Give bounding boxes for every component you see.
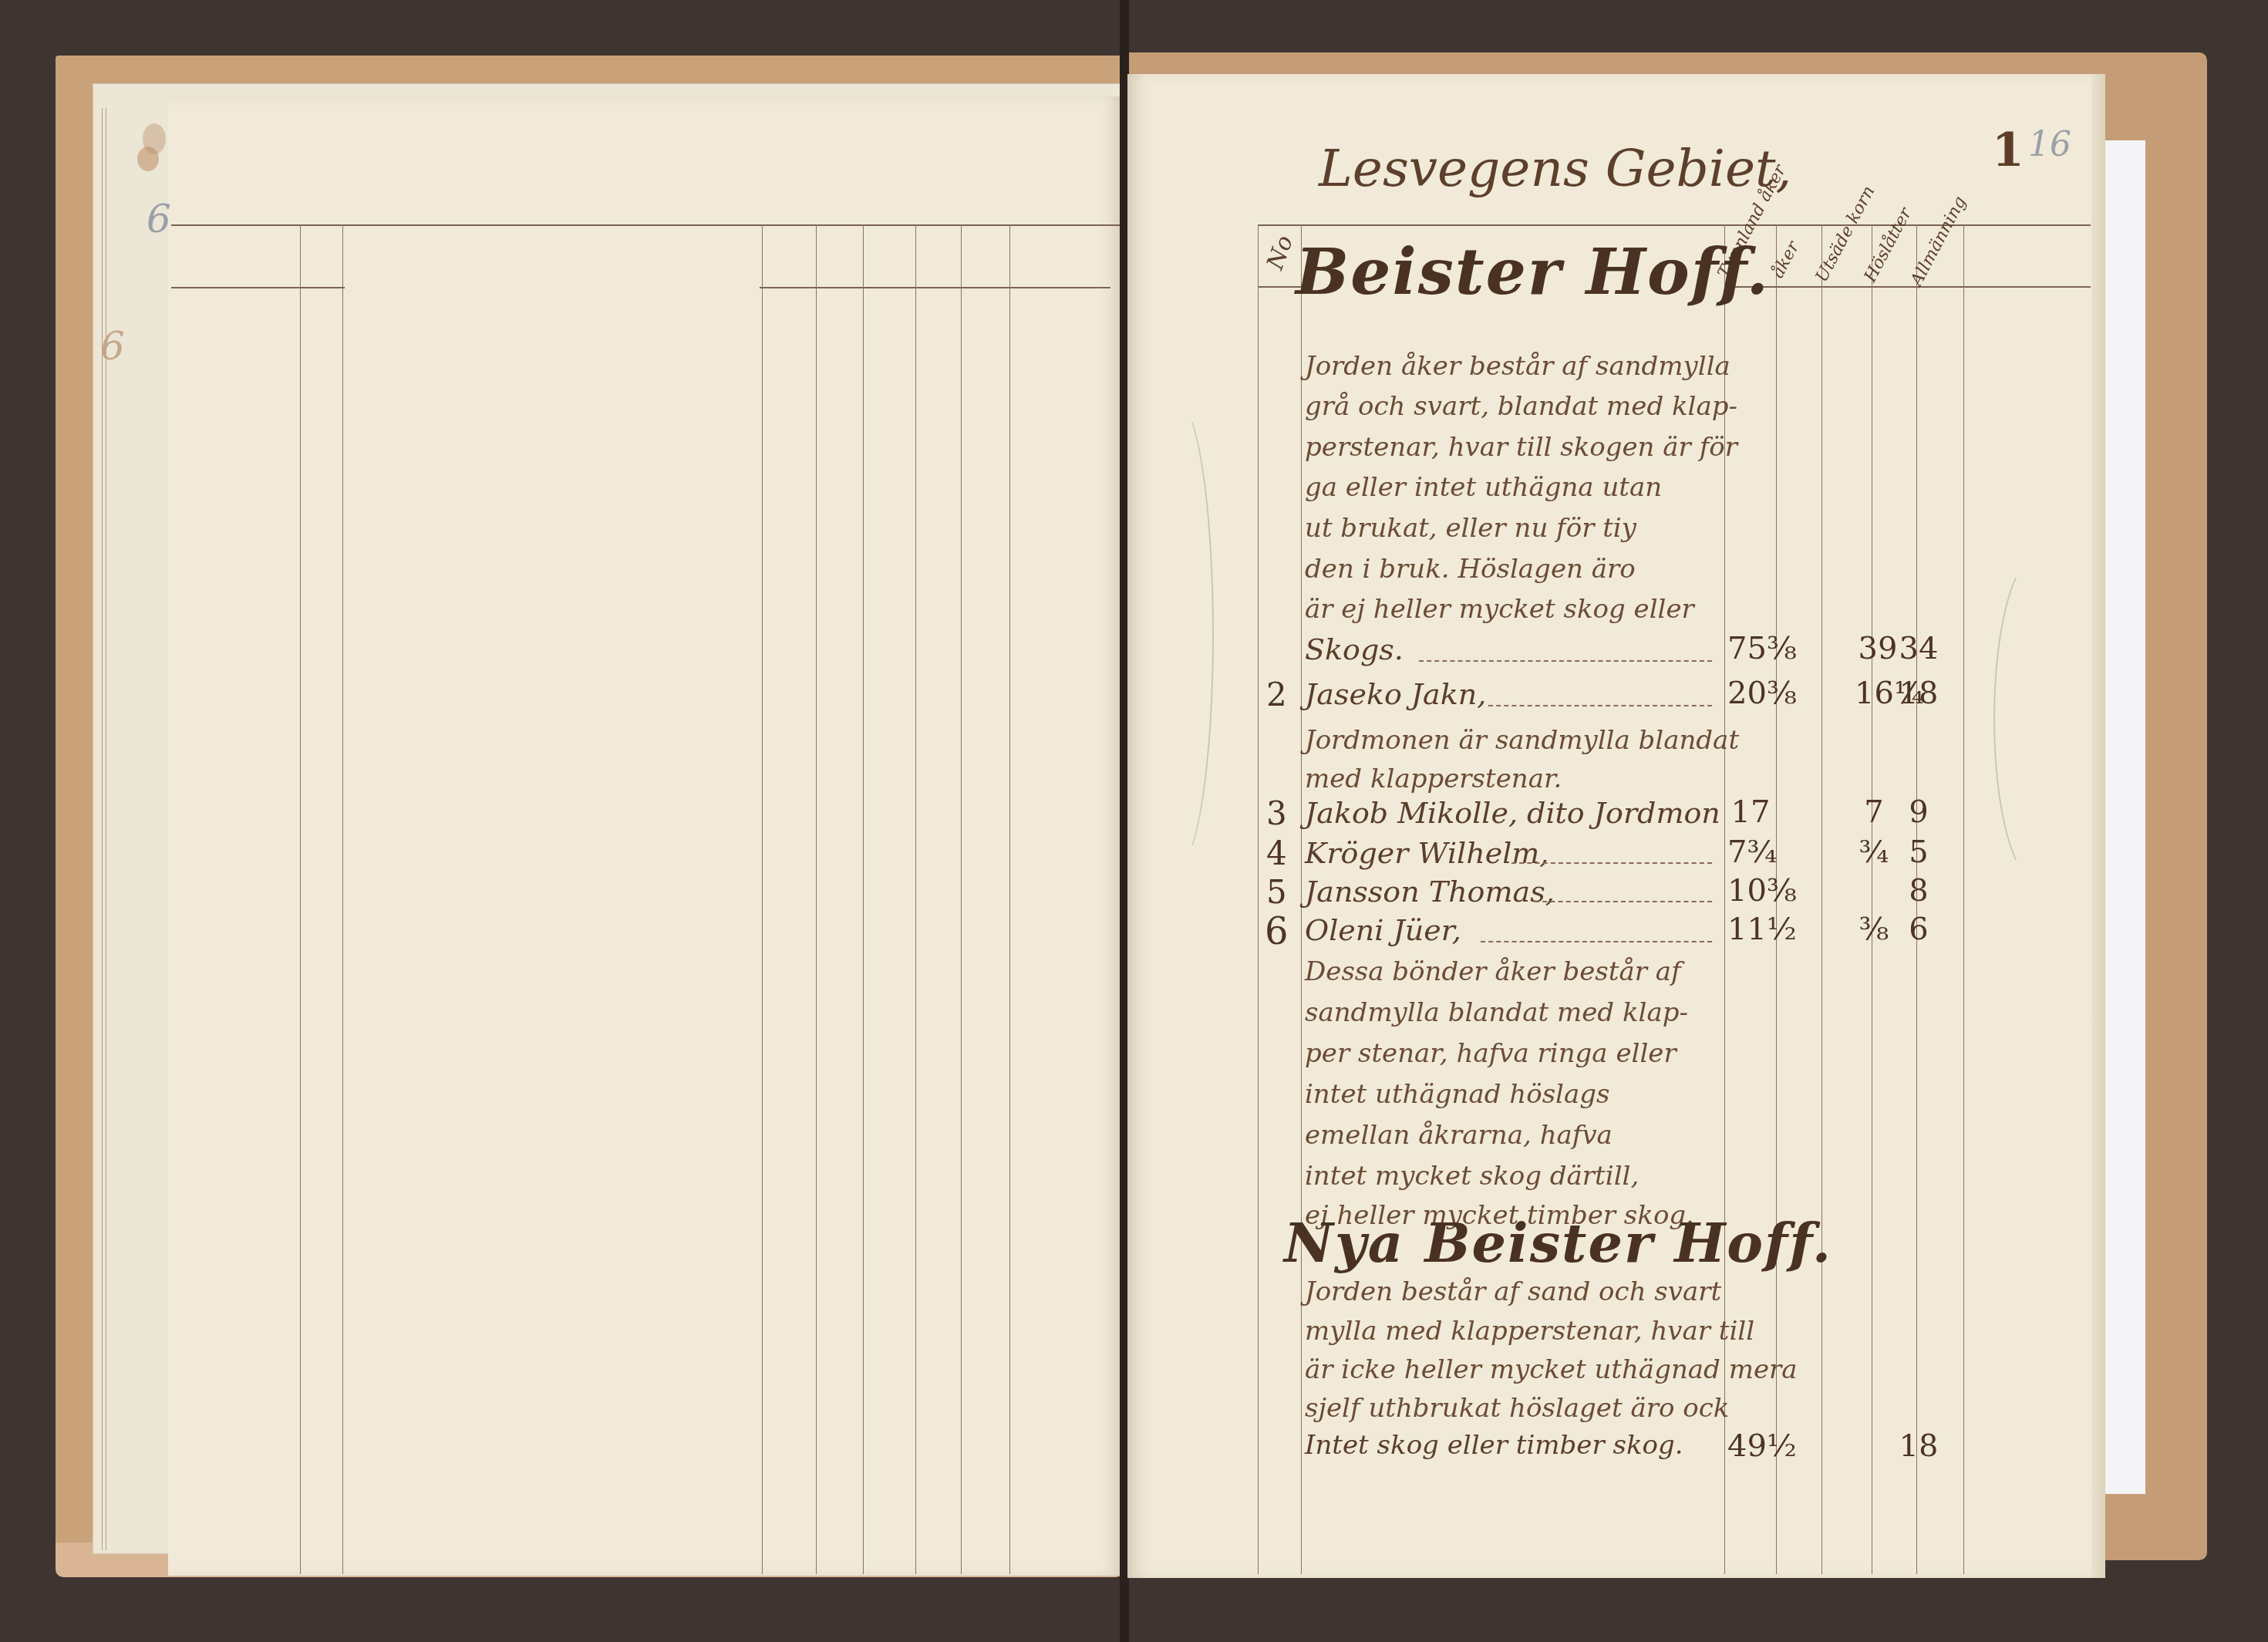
white-insert-strip xyxy=(2099,140,2145,1494)
pencil-stroke xyxy=(1993,555,2081,882)
pencil-stroke xyxy=(1141,401,1214,867)
entry-name: Intet skog eller timber skog. xyxy=(1305,1430,1683,1461)
leader-dashes xyxy=(1481,941,1712,942)
column-rule xyxy=(300,224,301,1574)
header-rule-top xyxy=(1258,224,2091,226)
description-line: Dessa bönder åker består af xyxy=(1305,956,1681,987)
leader-dashes xyxy=(1535,901,1712,902)
header-rule-bottom xyxy=(1258,286,1301,288)
value-col3: ⅜ xyxy=(1851,912,1897,947)
description-line: emellan åkrarna, hafva xyxy=(1305,1120,1613,1151)
leader-dashes xyxy=(1419,660,1712,662)
value-col3: 39 xyxy=(1855,631,1901,666)
column-rule xyxy=(915,224,916,1574)
value-col1: 11½ xyxy=(1727,912,1774,947)
entry-name: Oleni Jüer, xyxy=(1305,913,1461,947)
region-title: Lesvegens Gebiet, xyxy=(1319,139,1791,198)
header-rule-bottom xyxy=(760,287,1110,288)
column-rule xyxy=(1301,224,1302,1574)
stain xyxy=(137,147,159,171)
column-rule xyxy=(1872,224,1872,1574)
entry-number: 3 xyxy=(1266,794,1287,832)
section-heading: Nya Beister Hoff. xyxy=(1284,1211,1832,1275)
page-number: 1 xyxy=(1992,123,2024,177)
header-rule-top xyxy=(171,224,1120,226)
entry-number: 6 xyxy=(1265,910,1289,953)
value-col4: 18 xyxy=(1896,676,1942,711)
entry-number: 2 xyxy=(1266,676,1287,713)
value-col1: 49½ xyxy=(1727,1428,1774,1464)
description-line: perstenar, hvar till skogen är för xyxy=(1305,432,1737,463)
description-line: per stenar, hafva ringa eller xyxy=(1305,1038,1677,1069)
description-line: Jordmonen är sandmylla blandat xyxy=(1305,725,1739,756)
value-col1: 10⅜ xyxy=(1727,873,1774,909)
description-line: sjelf uthbrukat höslaget äro ock xyxy=(1305,1393,1729,1424)
description-line: Jorden åker består af sandmylla xyxy=(1305,351,1730,382)
value-col3: 7 xyxy=(1851,794,1897,830)
description-line: grå och svart, blandat med klap- xyxy=(1305,391,1737,422)
entry-number: 4 xyxy=(1266,834,1287,872)
entry-number: 5 xyxy=(1266,873,1287,911)
description-line: Jorden består af sand och svart xyxy=(1305,1276,1721,1307)
value-col1: 20⅜ xyxy=(1727,676,1774,711)
leader-dashes xyxy=(1488,705,1712,706)
section-heading: Beister Hoff. xyxy=(1296,235,1770,309)
entry-name: Kröger Wilhelm, xyxy=(1305,836,1549,870)
entry-name: Skogs. xyxy=(1305,632,1404,666)
entry-name: Jakob Mikolle, dito Jordmon xyxy=(1305,796,1720,830)
column-rule xyxy=(863,224,864,1574)
pencil-mark: 6 xyxy=(100,324,125,369)
description-line: intet uthägnad höslags xyxy=(1305,1079,1609,1110)
value-col4: 6 xyxy=(1896,912,1942,947)
page-edge xyxy=(2091,74,2105,1578)
description-line: mylla med klapperstenar, hvar till xyxy=(1305,1316,1754,1347)
value-col4: 34 xyxy=(1896,631,1942,666)
header-rule-bottom xyxy=(171,287,345,288)
description-line: är ej heller mycket skog eller xyxy=(1305,594,1694,625)
description-line: ga eller intet uthägna utan xyxy=(1305,472,1662,503)
leader-dashes xyxy=(1511,862,1712,864)
column-rule xyxy=(1821,224,1822,1574)
column-rule xyxy=(816,224,817,1574)
value-col3: ¾ xyxy=(1851,834,1897,870)
description-line: ut brukat, eller nu för tiy xyxy=(1305,513,1636,544)
column-rule xyxy=(342,224,343,1574)
description-line: med klapperstenar. xyxy=(1305,764,1562,794)
value-col1: 7¾ xyxy=(1727,834,1774,870)
value-col4: 18 xyxy=(1896,1428,1942,1464)
column-rule xyxy=(762,224,763,1574)
value-col1: 75⅜ xyxy=(1727,631,1774,666)
description-line: den i bruk. Höslagen äro xyxy=(1305,554,1636,585)
description-line: intet mycket skog därtill, xyxy=(1305,1161,1639,1192)
value-col4: 9 xyxy=(1896,794,1942,830)
description-line: sandmylla blandat med klap- xyxy=(1305,997,1688,1028)
column-rule xyxy=(1009,224,1010,1574)
header-rule-bottom xyxy=(1724,286,2091,288)
value-col1: 17 xyxy=(1727,794,1774,830)
value-col4: 8 xyxy=(1896,873,1942,909)
entry-name: Jansson Thomas, xyxy=(1305,875,1555,909)
description-line: är icke heller mycket uthägnad mera xyxy=(1305,1354,1798,1385)
left-page xyxy=(168,96,1123,1576)
value-col4: 5 xyxy=(1896,834,1942,870)
pencil-mark: 6 xyxy=(147,197,171,241)
column-rule xyxy=(1258,224,1259,1574)
pencil-page-number: 16 xyxy=(2028,125,2071,164)
column-rule xyxy=(1963,224,1964,1574)
value-col3: 16¼ xyxy=(1855,676,1901,711)
column-rule xyxy=(961,224,962,1574)
entry-name: Jaseko Jakn, xyxy=(1305,677,1486,711)
